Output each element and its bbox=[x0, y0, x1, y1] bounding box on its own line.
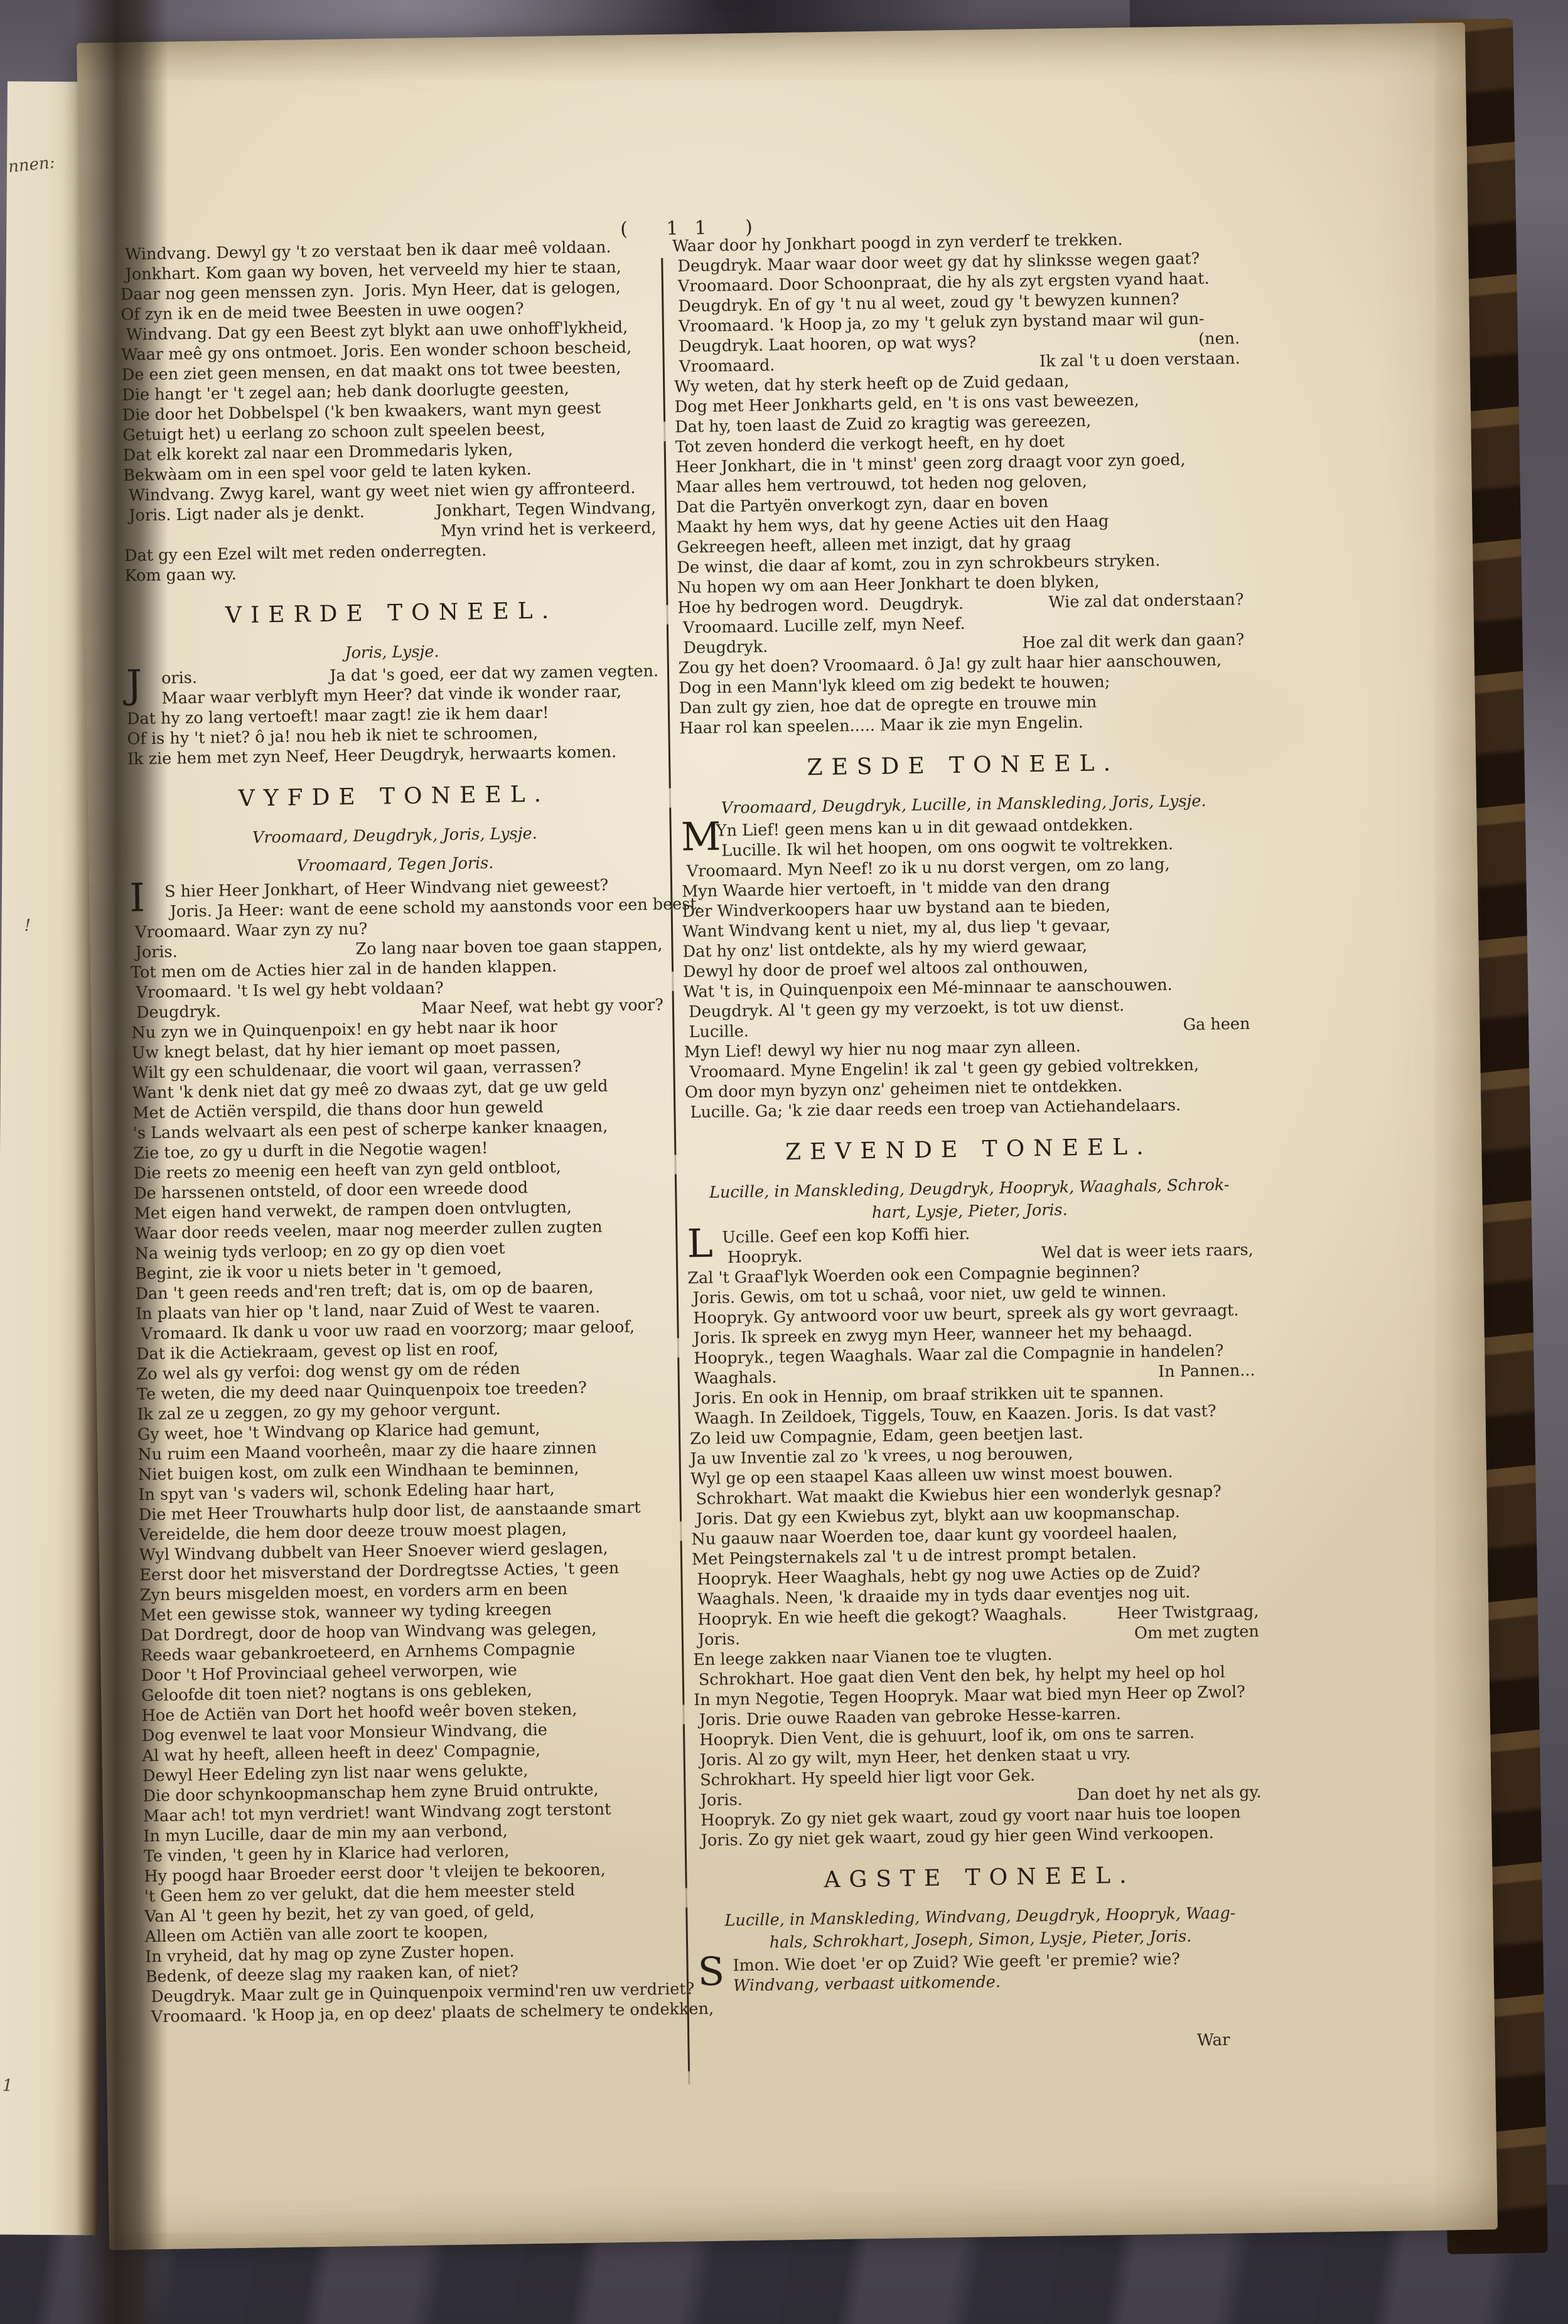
scene-heading: VIERDE TONEEL. bbox=[125, 597, 658, 630]
character-list-line: Vroomaard, Deugdryk, Joris, Lysje. bbox=[129, 822, 661, 850]
facing-page-text-fragment: nnen: bbox=[8, 153, 56, 176]
text-column-left: Windvang. Dewyl gy 't zo verstaat ben ik… bbox=[120, 237, 679, 2027]
photo-of-book-page: { "page_number_display": "( 11 )", "catc… bbox=[0, 0, 1568, 2324]
character-list-line: Vroomaard, Tegen Joris. bbox=[129, 851, 661, 879]
scene-heading: ZESDE TONEEL. bbox=[680, 749, 1246, 782]
scene-heading: VYFDE TONEEL. bbox=[128, 780, 661, 814]
scene-heading: ZEVENDE TONEEL. bbox=[685, 1133, 1252, 1166]
scene-heading: AGSTE TONEEL. bbox=[696, 1861, 1262, 1895]
book-gutter-shadow bbox=[74, 0, 168, 2324]
facing-page-text-fragment: ! bbox=[24, 917, 31, 935]
book-page: ( 11 ) Windvang. Dewyl gy 't zo verstaat… bbox=[77, 23, 1498, 2250]
text-column-right: Waar door hy Jonkhart poogd in zyn verde… bbox=[672, 228, 1265, 2058]
facing-page-text-fragment: 1 bbox=[3, 2076, 13, 2095]
catchword: War bbox=[699, 2030, 1265, 2058]
